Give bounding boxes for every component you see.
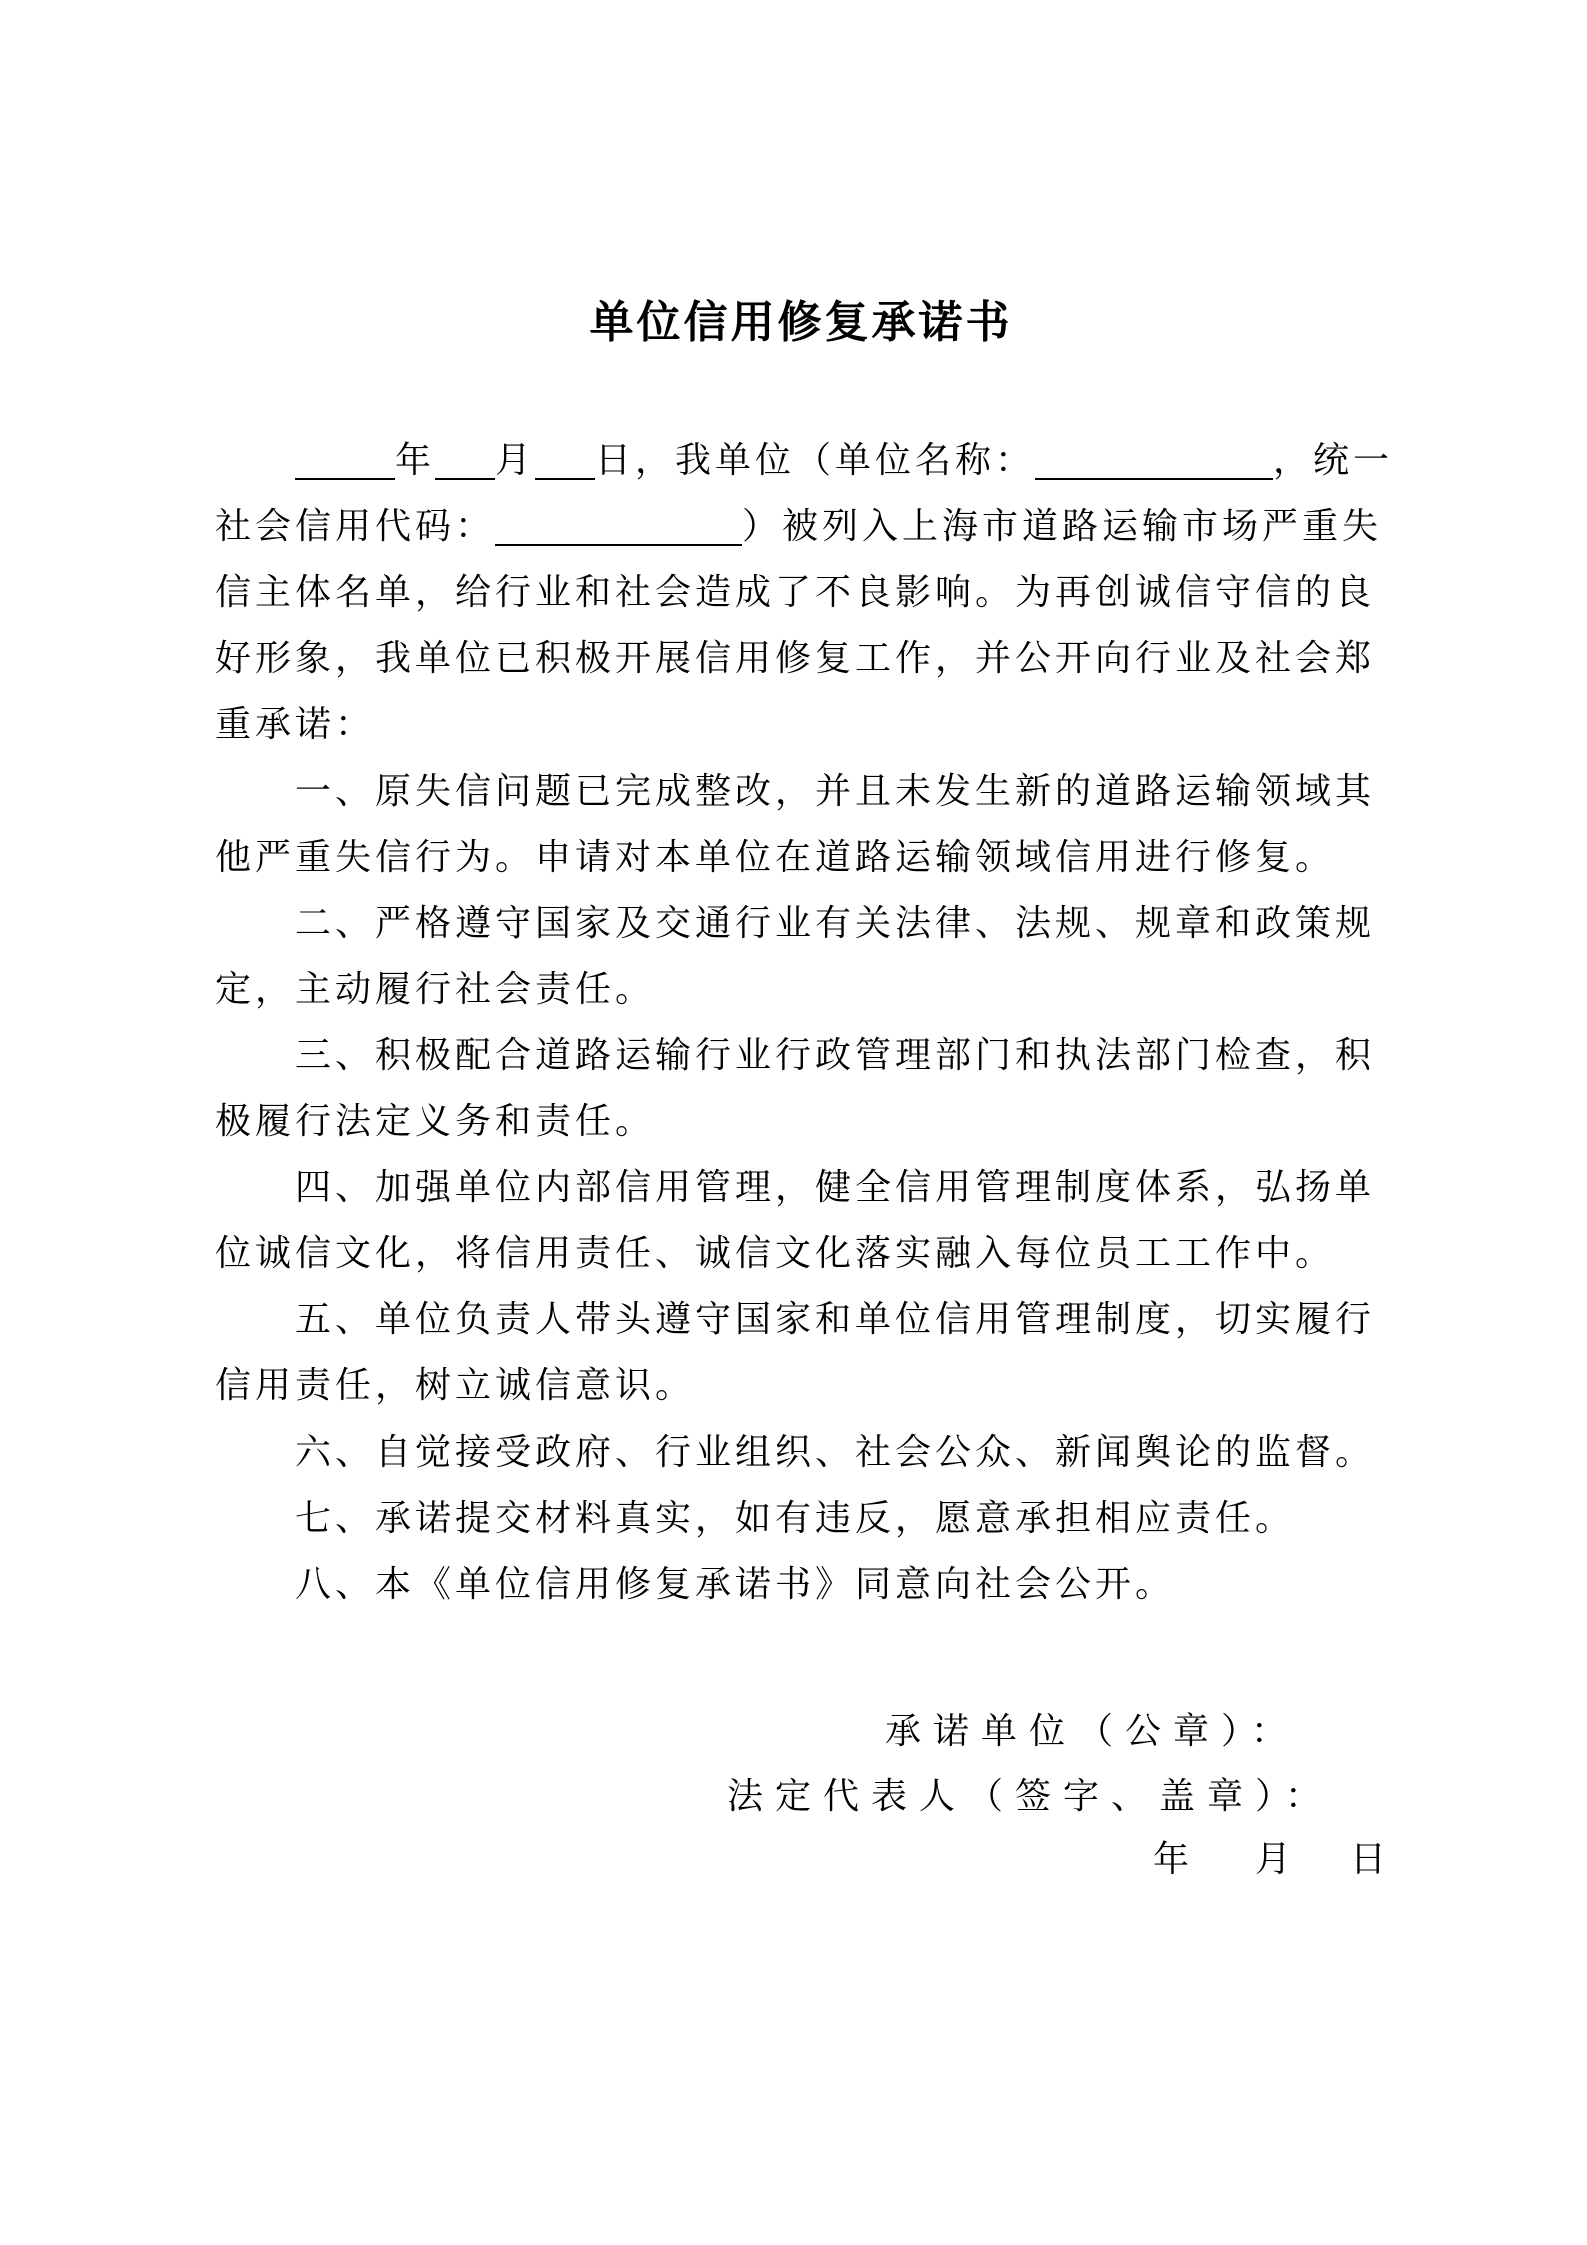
intro-text: 日，我单位（单位名称： (595, 440, 1035, 481)
commitment-item-line: 七、承诺提交材料真实，如有违反，愿意承担相应责任。 (295, 1499, 1295, 1539)
commitment-item-line: 定，主动履行社会责任。 (215, 970, 655, 1010)
legal-representative-signature-label: 法定代表人（签字、盖章）： (727, 1777, 1333, 1817)
commitment-item-line: 位诚信文化，将信用责任、诚信文化落实融入每位员工工作中。 (215, 1234, 1335, 1274)
intro-text: ，统一 (1273, 440, 1393, 481)
intro-text: 社会信用代码： (215, 506, 495, 547)
commitment-item-line: 一、原失信问题已完成整改，并且未发生新的道路运输领域其 (295, 772, 1375, 812)
commitment-item-line: 八、本《单位信用修复承诺书》同意向社会公开。 (295, 1565, 1175, 1605)
intro-paragraph-line: 好形象，我单位已积极开展信用修复工作，并公开向行业及社会郑 (215, 639, 1375, 679)
document-page: 单位信用修复承诺书 年月日，我单位（单位名称：，统一社会信用代码：）被列入上海市… (0, 0, 1587, 2245)
year-blank (295, 441, 395, 481)
unit-name-blank (1035, 441, 1273, 481)
intro-text: 年 (395, 440, 435, 481)
signature-date-month: 月 (1255, 1840, 1291, 1880)
intro-text: 重承诺： (215, 704, 375, 745)
commitment-item-line: 四、加强单位内部信用管理，健全信用管理制度体系，弘扬单 (295, 1168, 1375, 1208)
commitment-unit-seal-label: 承诺单位（公章）： (885, 1712, 1299, 1752)
intro-paragraph-line: 年月日，我单位（单位名称：，统一 (295, 441, 1393, 481)
document-title: 单位信用修复承诺书 (0, 299, 1587, 347)
intro-text: 好形象，我单位已积极开展信用修复工作，并公开向行业及社会郑 (215, 638, 1375, 679)
credit-code-blank (495, 507, 742, 547)
intro-text: ）被列入上海市道路运输市场严重失 (742, 506, 1382, 547)
month-blank (435, 441, 495, 481)
intro-text: 月 (495, 440, 535, 481)
intro-paragraph-line: 信主体名单，给行业和社会造成了不良影响。为再创诚信守信的良 (215, 573, 1375, 613)
signature-date-day: 日 (1350, 1840, 1386, 1880)
commitment-item-line: 二、严格遵守国家及交通行业有关法律、法规、规章和政策规 (295, 904, 1375, 944)
commitment-item-line: 三、积极配合道路运输行业行政管理部门和执法部门检查，积 (295, 1036, 1375, 1076)
intro-paragraph-line: 社会信用代码：）被列入上海市道路运输市场严重失 (215, 507, 1382, 547)
intro-paragraph-line: 重承诺： (215, 705, 375, 745)
commitment-item-line: 五、单位负责人带头遵守国家和单位信用管理制度，切实履行 (295, 1300, 1375, 1340)
day-blank (535, 441, 595, 481)
signature-date-year: 年 (1153, 1840, 1189, 1880)
commitment-item-line: 信用责任，树立诚信意识。 (215, 1366, 695, 1406)
commitment-item-line: 他严重失信行为。申请对本单位在道路运输领域信用进行修复。 (215, 838, 1335, 878)
intro-text: 信主体名单，给行业和社会造成了不良影响。为再创诚信守信的良 (215, 572, 1375, 613)
commitment-item-line: 极履行法定义务和责任。 (215, 1102, 655, 1142)
commitment-item-line: 六、自觉接受政府、行业组织、社会公众、新闻舆论的监督。 (295, 1433, 1375, 1473)
